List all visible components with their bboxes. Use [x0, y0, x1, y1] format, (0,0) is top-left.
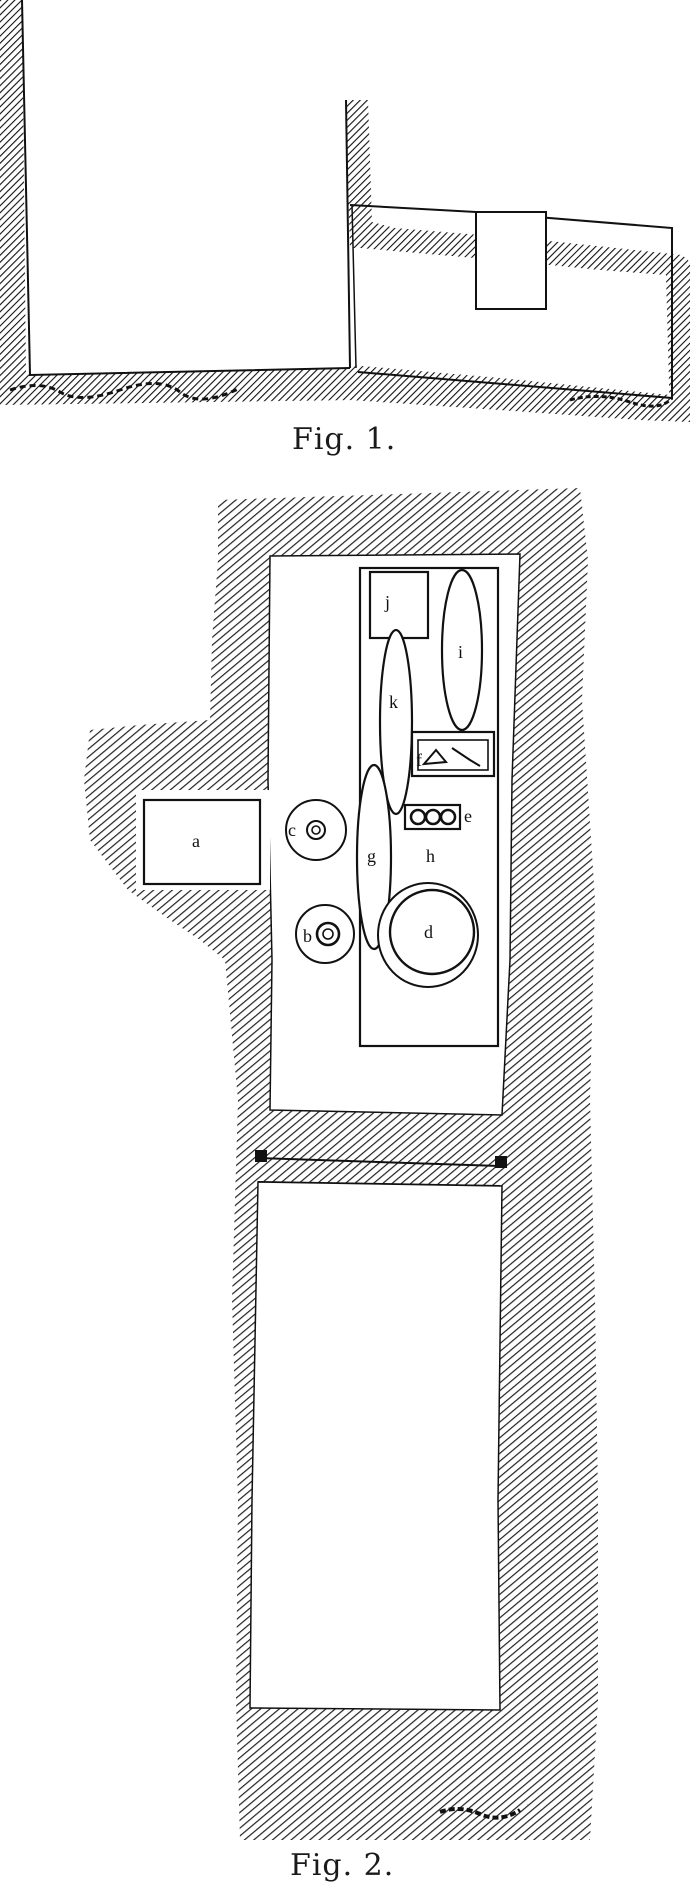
- illustration-canvas: a b c d e f g h i j k: [0, 0, 696, 1900]
- label-k: k: [389, 692, 398, 712]
- figure-2-caption: Fig. 2.: [290, 1848, 394, 1883]
- bottom-wall-right: [350, 365, 690, 422]
- left-wall: [0, 0, 26, 395]
- figure-1-plan: [0, 0, 690, 422]
- label-a: a: [192, 831, 200, 851]
- label-i: i: [458, 642, 463, 662]
- label-c: c: [288, 820, 296, 840]
- label-g: g: [367, 846, 376, 866]
- pit-rectangle: [476, 212, 546, 309]
- label-f: f: [416, 750, 422, 770]
- object-e: [405, 805, 460, 829]
- object-j: [370, 572, 428, 638]
- figure-1-caption: Fig. 1.: [292, 422, 396, 457]
- label-e: e: [464, 806, 472, 826]
- label-h: h: [426, 846, 435, 866]
- figure-2-plan: [84, 488, 598, 1840]
- label-b: b: [303, 926, 312, 946]
- niche-a-box: [144, 800, 260, 884]
- label-j: j: [384, 592, 390, 612]
- lower-chamber: [250, 1182, 502, 1710]
- label-d: d: [424, 922, 433, 942]
